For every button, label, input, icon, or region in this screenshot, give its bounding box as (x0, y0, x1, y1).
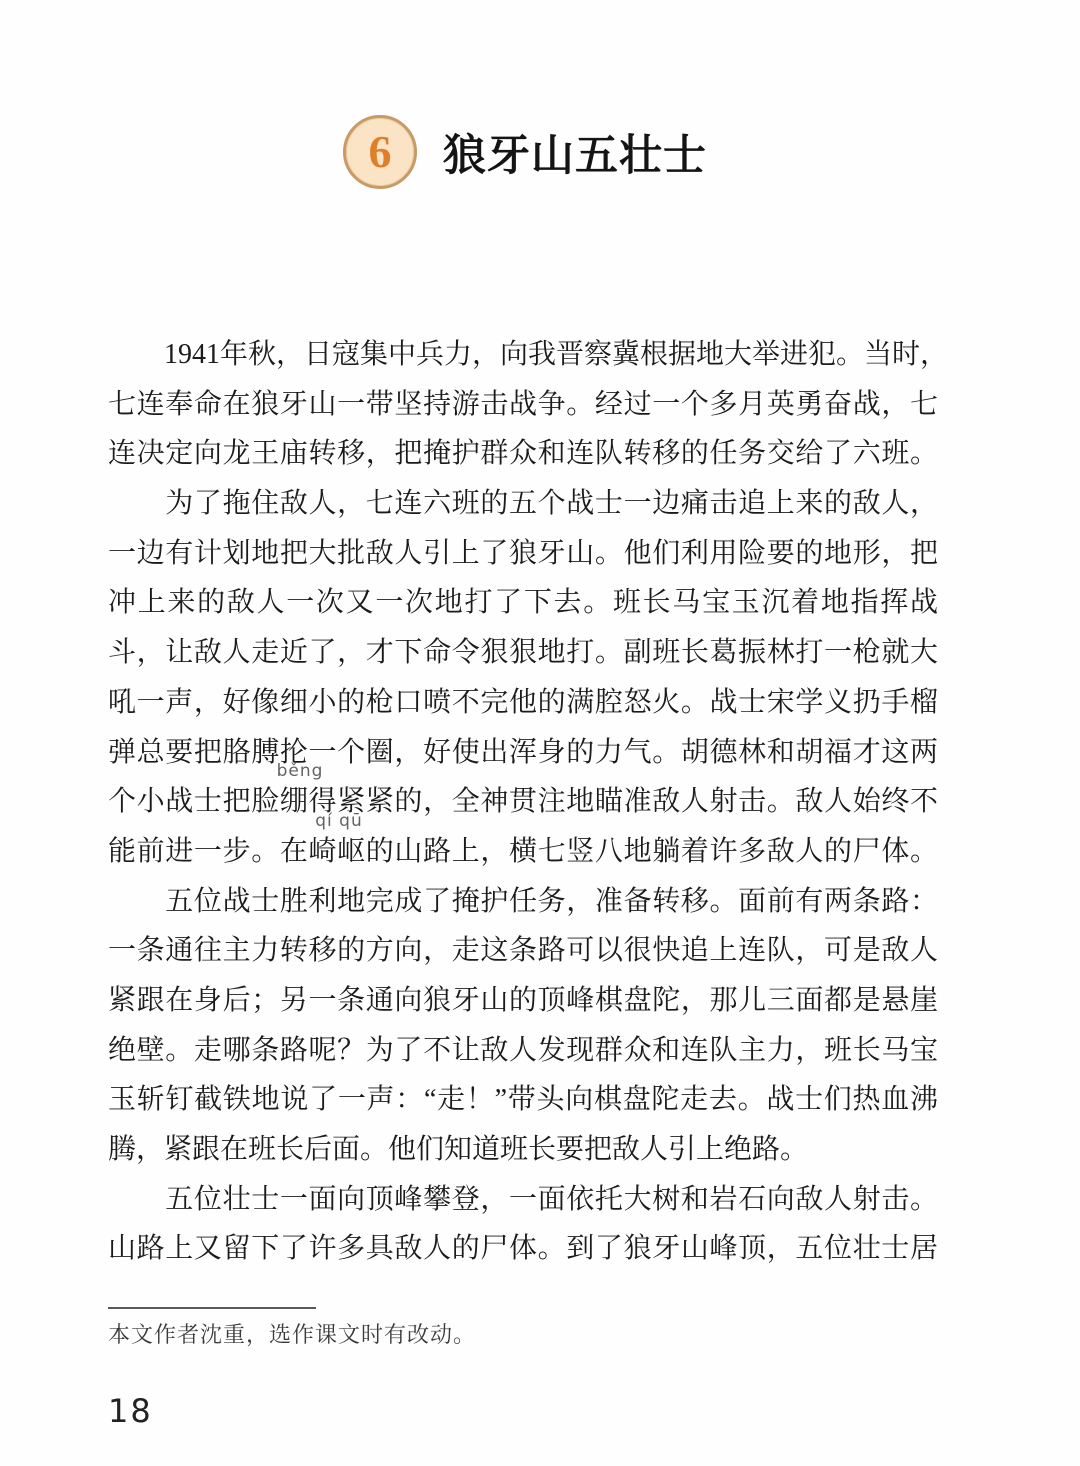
text-line: 腾，紧跟在班长后面。他们知道班长要把敌人引上绝路。 (108, 1125, 938, 1175)
text-line: 为了拖住敌人，七连六班的五个战士一边痛击追上来的敌人， (108, 479, 938, 529)
text-line: 冲上来的敌人一次又一次地打了下去。班长马宝玉沉着地指挥战 (108, 578, 938, 628)
text-line: 一边有计划地把大批敌人引上了狼牙山。他们利用险要的地形，把 (108, 529, 938, 579)
text-line: 一条通往主力转移的方向，走这条路可以很快追上连队，可是敌人 (108, 926, 938, 976)
text-line: 连决定向龙王庙转移，把掩护群众和连队转移的任务交给了六班。 (108, 429, 938, 479)
body-text: 1941年秋，日寇集中兵力，向我晋察冀根据地大举进犯。当时， 七连奉命在狼牙山一… (108, 330, 938, 1274)
textbook-page: 6 狼牙山五壮士 1941年秋，日寇集中兵力，向我晋察冀根据地大举进犯。当时， … (0, 0, 1080, 1466)
lesson-number-badge: 6 (343, 115, 417, 189)
text-line-content: 个小战士把脸绷得紧紧的，全神贯注地瞄准敌人射击。敌人始终不 (108, 786, 938, 817)
text-line: 七连奉命在狼牙山一带坚持游击战争。经过一个多月英勇奋战，七 (108, 380, 938, 430)
text-line: 紧跟在身后；另一条通向狼牙山的顶峰棋盘陀，那儿三面都是悬崖 (108, 976, 938, 1026)
pinyin-annotation: běng (277, 763, 324, 780)
text-line: 弹总要把胳膊抡一个圈，好使出浑身的力气。胡德林和胡福才这两 (108, 728, 938, 778)
text-line: 1941年秋，日寇集中兵力，向我晋察冀根据地大举进犯。当时， (108, 330, 938, 380)
text-line: 斗，让敌人走近了，才下命令狠狠地打。副班长葛振林打一枪就大 (108, 628, 938, 678)
page-number: 18 (108, 1392, 153, 1430)
text-line: 绝壁。走哪条路呢？为了不让敌人发现群众和连队主力，班长马宝 (108, 1026, 938, 1076)
text-line: 吼一声，好像细小的枪口喷不完他的满腔怒火。战士宋学义扔手榴 (108, 678, 938, 728)
footnote-divider (108, 1307, 316, 1309)
lesson-number: 6 (369, 129, 392, 175)
text-line: 玉斩钉截铁地说了一声：“走！”带头向棋盘陀走去。战士们热血沸 (108, 1075, 938, 1125)
text-line-content: 能前进一步。在崎岖的山路上，横七竖八地躺着许多敌人的尸体。 (108, 836, 938, 867)
text-line: běng个小战士把脸绷得紧紧的，全神贯注地瞄准敌人射击。敌人始终不 (108, 777, 938, 827)
lesson-header: 6 狼牙山五壮士 (343, 112, 707, 192)
text-line: 五位战士胜利地完成了掩护任务，准备转移。面前有两条路： (108, 877, 938, 927)
text-line: 山路上又留下了许多具敌人的尸体。到了狼牙山峰顶，五位壮士居 (108, 1224, 938, 1274)
lesson-title: 狼牙山五壮士 (443, 122, 707, 183)
footnote-text: 本文作者沈重，选作课文时有改动。 (108, 1318, 476, 1349)
pinyin-annotation: qí qū (315, 813, 362, 830)
text-line: 五位壮士一面向顶峰攀登，一面依托大树和岩石向敌人射击。 (108, 1175, 938, 1225)
text-line: qí qū能前进一步。在崎岖的山路上，横七竖八地躺着许多敌人的尸体。 (108, 827, 938, 877)
